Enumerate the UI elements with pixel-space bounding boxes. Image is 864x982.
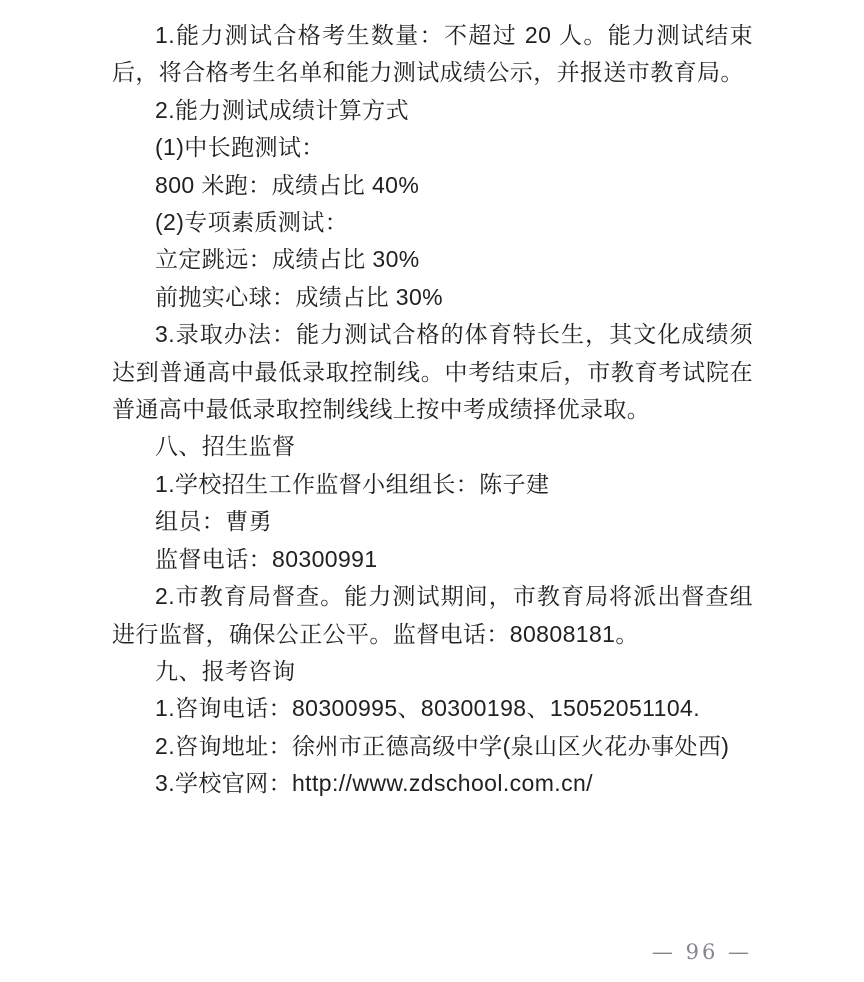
paragraph: 2.咨询地址：徐州市正德高级中学(泉山区火花办事处西) xyxy=(112,728,753,765)
paragraph: (2)专项素质测试： xyxy=(112,204,753,241)
paragraph: 九、报考咨询 xyxy=(112,653,753,690)
paragraph: 八、招生监督 xyxy=(112,428,753,465)
document-page: 1.能力测试合格考生数量：不超过 20 人。能力测试结束后，将合格考生名单和能力… xyxy=(0,0,864,982)
paragraph: 1.学校招生工作监督小组组长：陈子建 xyxy=(112,466,753,503)
paragraph: 立定跳远：成绩占比 30% xyxy=(112,241,753,278)
paragraph: 前抛实心球：成绩占比 30% xyxy=(112,279,753,316)
paragraph: 2.能力测试成绩计算方式 xyxy=(112,92,753,129)
page-number: — 96 — xyxy=(652,940,752,964)
document-body-text: 1.能力测试合格考生数量：不超过 20 人。能力测试结束后，将合格考生名单和能力… xyxy=(112,17,753,803)
paragraph: 3.学校官网：http://www.zdschool.com.cn/ xyxy=(112,765,753,802)
paragraph: (1)中长跑测试： xyxy=(112,129,753,166)
paragraph: 1.能力测试合格考生数量：不超过 20 人。能力测试结束后，将合格考生名单和能力… xyxy=(112,17,753,92)
paragraph: 3.录取办法：能力测试合格的体育特长生，其文化成绩须达到普通高中最低录取控制线。… xyxy=(112,316,753,428)
paragraph: 监督电话：80300991 xyxy=(112,541,753,578)
paragraph: 2.市教育局督查。能力测试期间，市教育局将派出督查组进行监督，确保公正公平。监督… xyxy=(112,578,753,653)
paragraph: 800 米跑：成绩占比 40% xyxy=(112,167,753,204)
paragraph: 1.咨询电话：80300995、80300198、15052051104. xyxy=(112,690,753,727)
paragraph: 组员：曹勇 xyxy=(112,503,753,540)
